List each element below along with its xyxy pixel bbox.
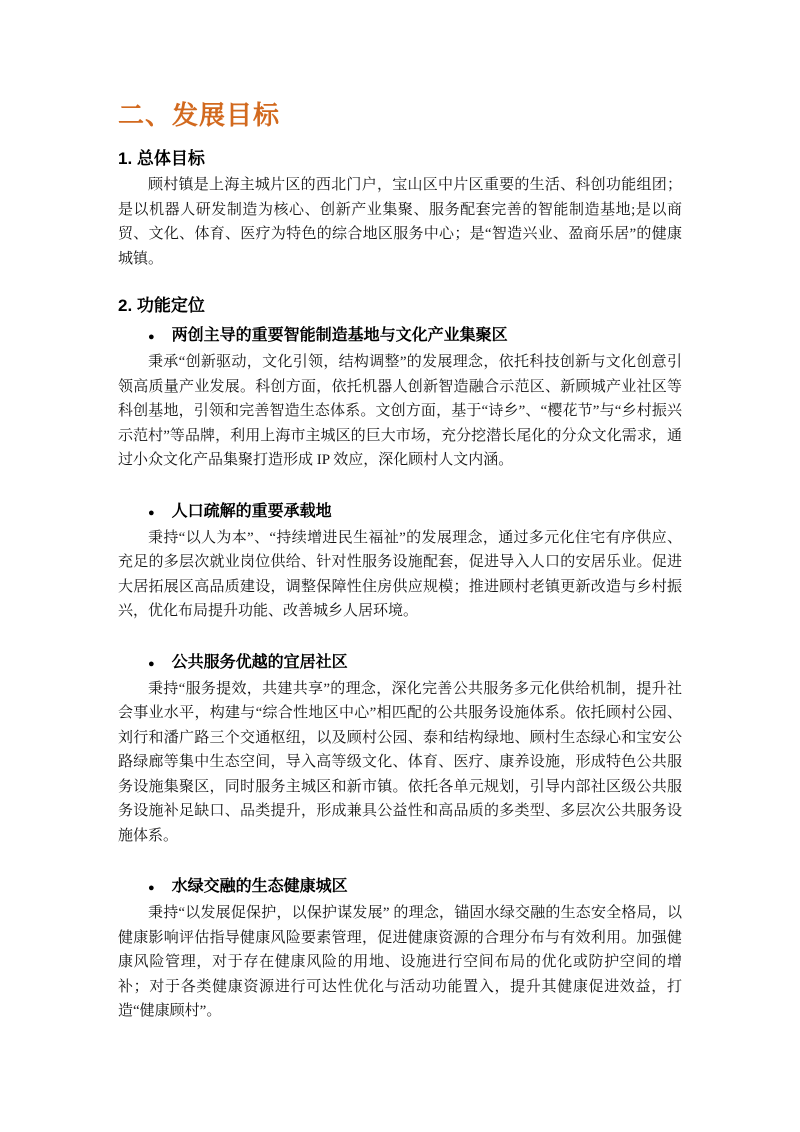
bullet-item-public-service: ● 公共服务优越的宜居社区	[118, 652, 682, 674]
bullet-item-population: ● 人口疏解的重要承载地	[118, 501, 682, 523]
heading-overall-goal: 1. 总体目标	[118, 148, 682, 170]
bullet-icon: ●	[148, 877, 155, 899]
bullet-title-population: 人口疏解的重要承载地	[172, 501, 332, 523]
document-page: 二、发展目标 1. 总体目标 顾村镇是上海主城片区的西北门户，宝山区中片区重要的…	[118, 100, 682, 1024]
paragraph-eco-health: 秉持“以发展促保护，以保护谋发展” 的理念，锚固水绿交融的生态安全格局，以健康影…	[118, 901, 682, 1024]
bullet-icon: ●	[148, 326, 155, 348]
bullet-item-eco-health: ● 水绿交融的生态健康城区	[118, 876, 682, 898]
bullet-title-manufacturing-culture: 两创主导的重要智能制造基地与文化产业集聚区	[172, 325, 508, 347]
bullet-title-public-service: 公共服务优越的宜居社区	[172, 652, 348, 674]
bullet-icon: ●	[148, 653, 155, 675]
heading-functional-positioning: 2. 功能定位	[118, 295, 682, 317]
section-title: 二、发展目标	[118, 100, 682, 130]
paragraph-public-service: 秉持“服务提效，共建共享”的理念，深化完善公共服务多元化供给机制，提升社会事业水…	[118, 677, 682, 849]
bullet-title-eco-health: 水绿交融的生态健康城区	[172, 876, 348, 898]
paragraph-population: 秉持“以人为本”、“持续增进民生福祉”的发展理念，通过多元化住宅有序供应、充足的…	[118, 526, 682, 624]
bullet-icon: ●	[148, 502, 155, 524]
paragraph-overall-goal: 顾村镇是上海主城片区的西北门户，宝山区中片区重要的生活、科创功能组团；是以机器人…	[118, 173, 682, 271]
paragraph-manufacturing-culture: 秉承“创新驱动，文化引领，结构调整”的发展理念，依托科技创新与文化创意引领高质量…	[118, 350, 682, 473]
bullet-item-manufacturing-culture: ● 两创主导的重要智能制造基地与文化产业集聚区	[118, 325, 682, 347]
